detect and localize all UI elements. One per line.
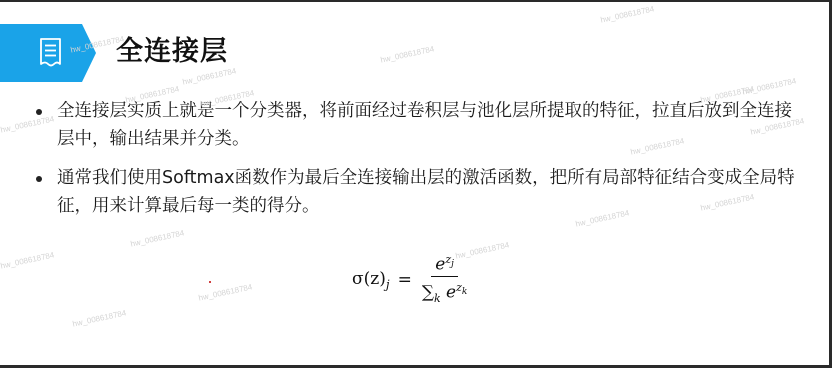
banner-shape (0, 24, 100, 82)
formula-lhs: σ(z)j (352, 269, 390, 291)
bullet-dot-icon (36, 109, 42, 115)
softmax-formula: σ(z)j = ezj ∑k ezk (352, 250, 469, 310)
watermark: hw_008618784 (380, 44, 435, 64)
bullet-item: 全连接层实质上就是一个分类器，将前面经过卷积层与池化层所提取的特征，拉直后放到全… (36, 97, 806, 153)
stray-mark (209, 281, 211, 283)
formula-denominator: ∑k ezk (420, 277, 470, 310)
formula-equals: = (398, 270, 412, 290)
bullet-item: 通常我们使用Softmax函数作为最后全连接输出层的激活函数，把所有局部特征结合… (36, 164, 806, 220)
watermark: hw_008618784 (742, 76, 797, 96)
watermark: hw_008618784 (72, 308, 127, 328)
watermark: hw_008618784 (130, 228, 185, 248)
bullet-list: 全连接层实质上就是一个分类器，将前面经过卷积层与池化层所提取的特征，拉直后放到全… (36, 97, 806, 231)
watermark: hw_008618784 (600, 4, 655, 24)
formula-numerator: ezj (431, 250, 458, 277)
title-banner (0, 24, 100, 82)
bullet-text: 全连接层实质上就是一个分类器，将前面经过卷积层与池化层所提取的特征，拉直后放到全… (57, 101, 792, 149)
slide: 全连接层 全连接层实质上就是一个分类器，将前面经过卷积层与池化层所提取的特征，拉… (0, 0, 832, 368)
bullet-dot-icon (36, 176, 42, 182)
watermark: hw_008618784 (0, 250, 55, 270)
watermark: hw_008618784 (198, 282, 253, 302)
formula-fraction: ezj ∑k ezk (420, 250, 470, 310)
bullet-text: 通常我们使用Softmax函数作为最后全连接输出层的激活函数，把所有局部特征结合… (57, 168, 795, 216)
page-title: 全连接层 (116, 30, 228, 74)
